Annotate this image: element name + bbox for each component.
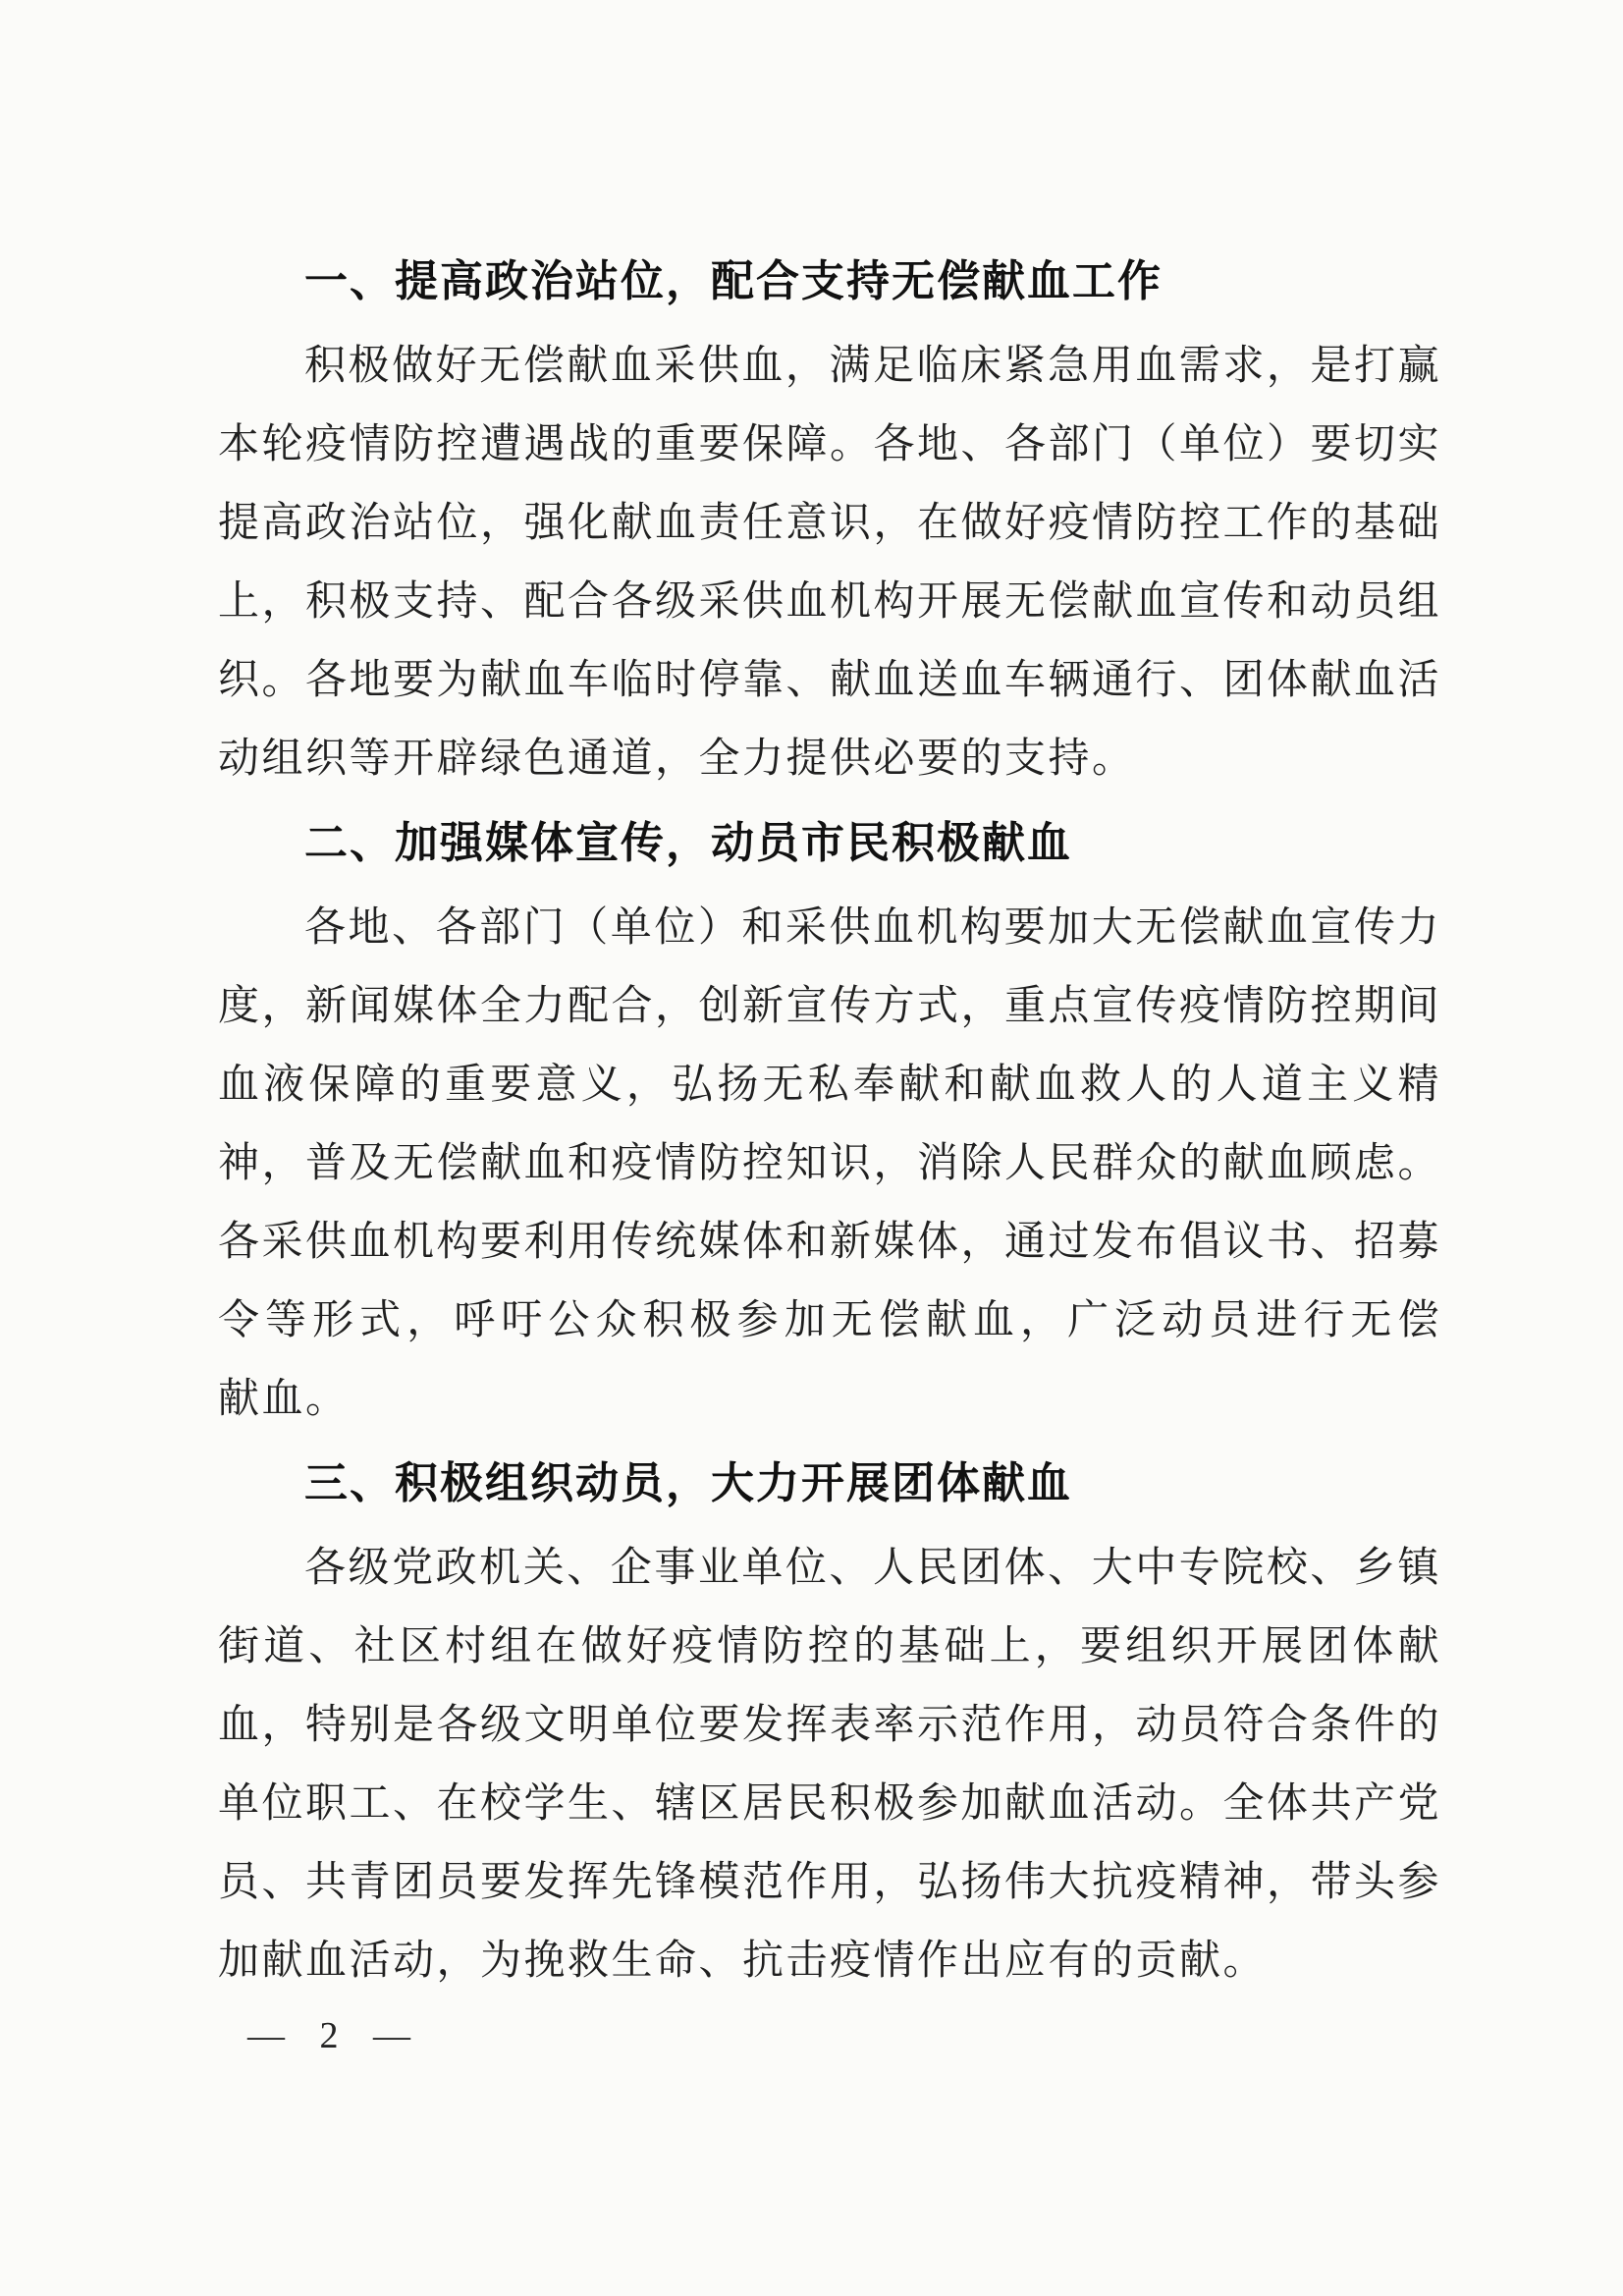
body-text-line: 各采供血机构要利用传统媒体和新媒体，通过发布倡议书、招募 (218, 1203, 1441, 1282)
body-text-line: 度，新闻媒体全力配合，创新宣传方式，重点宣传疫情防控期间 (218, 967, 1441, 1046)
section-heading: 三、积极组织动员，大力开展团体献血 (218, 1445, 1441, 1523)
body-text-line: 街道、社区村组在做好疫情防控的基础上，要组织开展团体献 (218, 1608, 1441, 1686)
body-text-line: 提高政治站位，强化献血责任意识，在做好疫情防控工作的基础 (218, 484, 1441, 563)
body-text-line: 血液保障的重要意义，弘扬无私奉献和献血救人的人道主义精 (218, 1046, 1441, 1124)
body-text-line: 本轮疫情防控遭遇战的重要保障。各地、各部门（单位）要切实 (218, 406, 1441, 484)
body-text-line: 上，积极支持、配合各级采供血机构开展无偿献血宣传和动员组 (218, 563, 1441, 641)
body-text-line: 员、共青团员要发挥先锋模范作用，弘扬伟大抗疫精神，带头参 (218, 1843, 1441, 1922)
section-heading: 二、加强媒体宣传，动员市民积极献血 (218, 804, 1441, 883)
body-text-line: 单位职工、在校学生、辖区居民积极参加献血活动。全体共产党 (218, 1765, 1441, 1843)
body-text-line: 积极做好无偿献血采供血，满足临床紧急用血需求，是打赢 (218, 327, 1441, 406)
body-text-line: 织。各地要为献血车临时停靠、献血送血车辆通行、团体献血活 (218, 641, 1441, 720)
page-number: — 2 — (247, 2013, 411, 2058)
body-text-line: 神，普及无偿献血和疫情防控知识，消除人民群众的献血顾虑。 (218, 1124, 1441, 1203)
body-text-line: 动组织等开辟绿色通道，全力提供必要的支持。 (218, 720, 1441, 798)
body-text-line: 血，特别是各级文明单位要发挥表率示范作用，动员符合条件的 (218, 1686, 1441, 1765)
body-text-line: 加献血活动，为挽救生命、抗击疫情作出应有的贡献。 (218, 1922, 1441, 2000)
body-text-line: 献血。 (218, 1360, 1441, 1439)
document-body: 一、提高政治站位，配合支持无偿献血工作积极做好无偿献血采供血，满足临床紧急用血需… (218, 237, 1441, 2000)
body-text-line: 各地、各部门（单位）和采供血机构要加大无偿献血宣传力 (218, 889, 1441, 967)
document-page: 一、提高政治站位，配合支持无偿献血工作积极做好无偿献血采供血，满足临床紧急用血需… (0, 0, 1623, 2296)
body-text-line: 各级党政机关、企事业单位、人民团体、大中专院校、乡镇 (218, 1529, 1441, 1608)
section-heading: 一、提高政治站位，配合支持无偿献血工作 (218, 243, 1441, 321)
body-text-line: 令等形式，呼吁公众积极参加无偿献血，广泛动员进行无偿 (218, 1282, 1441, 1360)
